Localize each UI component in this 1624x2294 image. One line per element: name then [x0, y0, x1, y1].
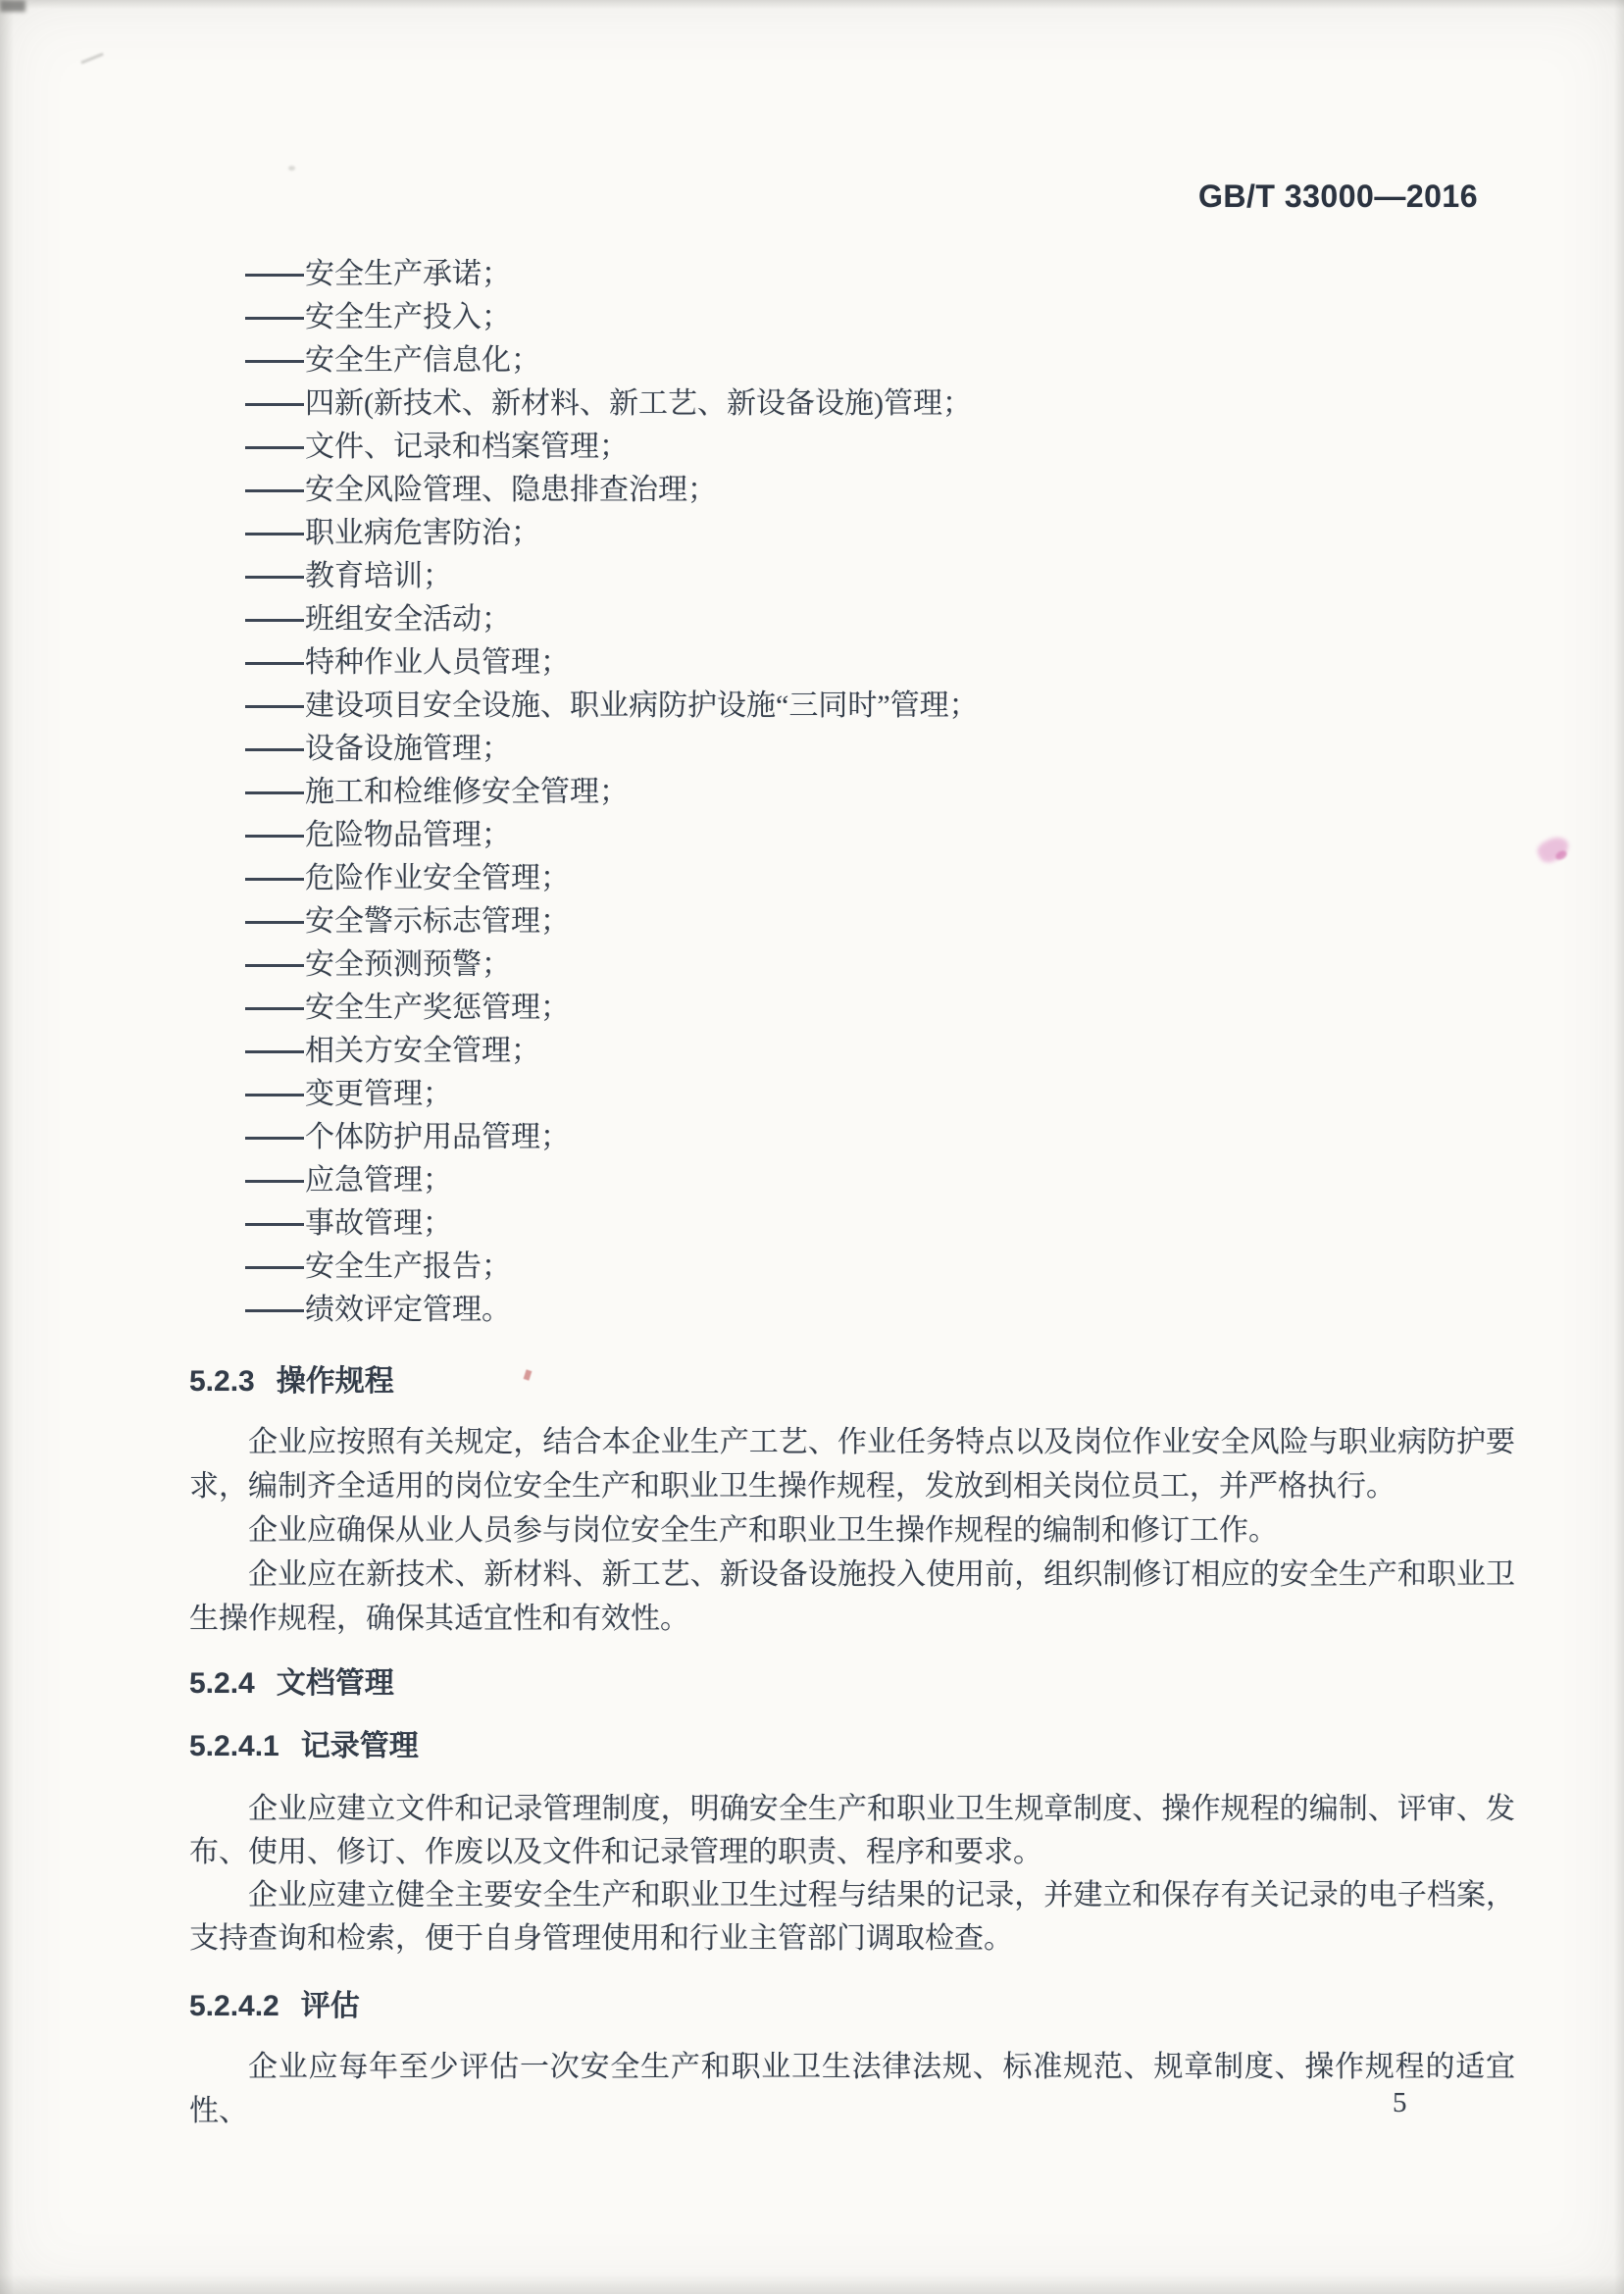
- list-item-text: 文件、记录和档案管理；: [305, 431, 629, 463]
- list-item-text: 职业病危害防治；: [305, 517, 540, 549]
- list-item-text: 班组安全活动；: [305, 603, 511, 636]
- em-dash: [245, 360, 304, 363]
- section-title: 记录管理: [301, 1730, 419, 1762]
- document-page: GB/T 33000—2016 安全生产承诺； 安全生产投入； 安全生产信息化；…: [0, 0, 1624, 2294]
- scan-scratch: [80, 53, 103, 65]
- paragraph: 企业应在新技术、新材料、新工艺、新设备设施投入使用前，组织制修订相应的安全生产和…: [189, 1553, 1515, 1641]
- section-title: 操作规程: [277, 1365, 394, 1398]
- section-title: 评估: [301, 1990, 360, 2022]
- scan-edge-right: [1614, 0, 1624, 2294]
- list-item: 安全生产承诺；: [245, 253, 979, 296]
- management-systems-list: 安全生产承诺； 安全生产投入； 安全生产信息化； 四新(新技术、新材料、新工艺、…: [245, 253, 979, 1332]
- scan-dot: [288, 166, 295, 171]
- page-number: 5: [1393, 2087, 1407, 2119]
- scan-speck-red: [524, 1369, 533, 1380]
- list-item-text: 安全生产奖惩管理；: [305, 992, 570, 1024]
- list-item-text: 设备设施管理；: [305, 733, 511, 765]
- list-item: 相关方安全管理；: [245, 1030, 979, 1073]
- list-item: 建设项目安全设施、职业病防护设施“三同时”管理；: [245, 685, 979, 728]
- paragraph: 企业应按照有关规定，结合本企业生产工艺、作业任务特点以及岗位作业安全风险与职业病…: [189, 1420, 1515, 1508]
- section-5-2-4-2-body: 企业应每年至少评估一次安全生产和职业卫生法律法规、标准规范、规章制度、操作规程的…: [189, 2045, 1515, 2133]
- list-item: 职业病危害防治；: [245, 512, 979, 555]
- paragraph: 企业应确保从业人员参与岗位安全生产和职业卫生操作规程的编制和修订工作。: [189, 1508, 1515, 1553]
- list-item-text: 建设项目安全设施、职业病防护设施“三同时”管理；: [305, 689, 979, 722]
- em-dash: [245, 489, 304, 492]
- standard-number-header: GB/T 33000—2016: [1198, 178, 1478, 215]
- list-item-text: 安全警示标志管理；: [305, 905, 570, 938]
- list-item-text: 事故管理；: [305, 1207, 452, 1240]
- em-dash: [245, 1094, 304, 1096]
- list-item-text: 四新(新技术、新材料、新工艺、新设备设施)管理；: [305, 387, 972, 420]
- list-item-text: 安全生产报告；: [305, 1250, 511, 1283]
- em-dash: [245, 1137, 304, 1140]
- section-heading-5-2-4-2: 5.2.4.2评估: [189, 1981, 360, 2024]
- list-item: 事故管理；: [245, 1202, 979, 1246]
- list-item: 个体防护用品管理；: [245, 1116, 979, 1159]
- list-item: 班组安全活动；: [245, 598, 979, 641]
- list-item: 施工和检维修安全管理；: [245, 771, 979, 814]
- list-item: 危险作业安全管理；: [245, 857, 979, 900]
- scan-edge-left: [0, 0, 14, 2294]
- list-item-text: 安全生产投入；: [305, 301, 511, 333]
- scan-smudge-pink-core: [1554, 849, 1568, 862]
- section-5-2-3-body: 企业应按照有关规定，结合本企业生产工艺、作业任务特点以及岗位作业安全风险与职业病…: [189, 1420, 1515, 1641]
- em-dash: [245, 446, 304, 449]
- section-number: 5.2.4.2: [189, 1990, 279, 2023]
- list-item: 应急管理；: [245, 1159, 979, 1202]
- list-item-text: 安全生产信息化；: [305, 344, 540, 377]
- em-dash: [245, 791, 304, 794]
- em-dash: [245, 1309, 304, 1312]
- em-dash: [245, 1180, 304, 1183]
- em-dash: [245, 274, 304, 277]
- paragraph: 企业应每年至少评估一次安全生产和职业卫生法律法规、标准规范、规章制度、操作规程的…: [189, 2045, 1515, 2133]
- em-dash: [245, 317, 304, 320]
- section-title: 文档管理: [277, 1667, 394, 1700]
- section-heading-5-2-3: 5.2.3操作规程: [189, 1356, 394, 1400]
- list-item: 危险物品管理；: [245, 814, 979, 857]
- em-dash: [245, 403, 304, 406]
- em-dash: [245, 619, 304, 622]
- list-item-text: 安全预测预警；: [305, 948, 511, 981]
- list-item: 四新(新技术、新材料、新工艺、新设备设施)管理；: [245, 382, 979, 426]
- em-dash: [245, 835, 304, 838]
- list-item-text: 危险作业安全管理；: [305, 862, 570, 894]
- scan-smudge-corner: [0, 0, 25, 12]
- section-heading-5-2-4: 5.2.4文档管理: [189, 1658, 394, 1702]
- em-dash: [245, 748, 304, 751]
- section-heading-5-2-4-1: 5.2.4.1记录管理: [189, 1721, 419, 1764]
- list-item: 设备设施管理；: [245, 728, 979, 771]
- em-dash: [245, 921, 304, 924]
- em-dash: [245, 533, 304, 535]
- list-item-text: 变更管理；: [305, 1078, 452, 1110]
- em-dash: [245, 576, 304, 579]
- list-item: 特种作业人员管理；: [245, 641, 979, 685]
- list-item-text: 个体防护用品管理；: [305, 1121, 570, 1153]
- list-item: 安全生产报告；: [245, 1246, 979, 1289]
- list-item-text: 安全风险管理、隐患排查治理；: [305, 474, 717, 506]
- list-item-text: 施工和检维修安全管理；: [305, 776, 629, 808]
- section-number: 5.2.4.1: [189, 1730, 279, 1763]
- list-item: 文件、记录和档案管理；: [245, 426, 979, 469]
- list-item-text: 应急管理；: [305, 1164, 452, 1197]
- list-item-text: 相关方安全管理；: [305, 1035, 540, 1067]
- section-number: 5.2.3: [189, 1365, 255, 1399]
- list-item: 安全生产奖惩管理；: [245, 987, 979, 1030]
- em-dash: [245, 705, 304, 708]
- list-item: 安全生产信息化；: [245, 339, 979, 382]
- list-item-text: 危险物品管理；: [305, 819, 511, 851]
- list-item: 变更管理；: [245, 1073, 979, 1116]
- list-item-text: 安全生产承诺；: [305, 258, 511, 290]
- em-dash: [245, 1007, 304, 1010]
- scan-edge-bottom: [0, 2274, 1624, 2294]
- em-dash: [245, 1050, 304, 1053]
- section-number: 5.2.4: [189, 1667, 255, 1701]
- list-item-text: 教育培训；: [305, 560, 452, 592]
- list-item-text: 绩效评定管理。: [305, 1294, 511, 1326]
- em-dash: [245, 878, 304, 881]
- em-dash: [245, 1266, 304, 1269]
- scan-edge-top: [0, 0, 1624, 9]
- list-item: 教育培训；: [245, 555, 979, 598]
- list-item-text: 特种作业人员管理；: [305, 646, 570, 679]
- em-dash: [245, 662, 304, 665]
- paragraph: 企业应建立健全主要安全生产和职业卫生过程与结果的记录，并建立和保存有关记录的电子…: [189, 1874, 1515, 1961]
- list-item: 安全警示标志管理；: [245, 900, 979, 943]
- em-dash: [245, 964, 304, 967]
- paragraph: 企业应建立文件和记录管理制度，明确安全生产和职业卫生规章制度、操作规程的编制、评…: [189, 1788, 1515, 1874]
- scan-smudge-pink: [1535, 833, 1573, 866]
- em-dash: [245, 1223, 304, 1226]
- section-5-2-4-1-body: 企业应建立文件和记录管理制度，明确安全生产和职业卫生规章制度、操作规程的编制、评…: [189, 1788, 1515, 1961]
- list-item: 安全生产投入；: [245, 296, 979, 339]
- list-item: 安全预测预警；: [245, 943, 979, 987]
- list-item: 绩效评定管理。: [245, 1289, 979, 1332]
- list-item: 安全风险管理、隐患排查治理；: [245, 469, 979, 512]
